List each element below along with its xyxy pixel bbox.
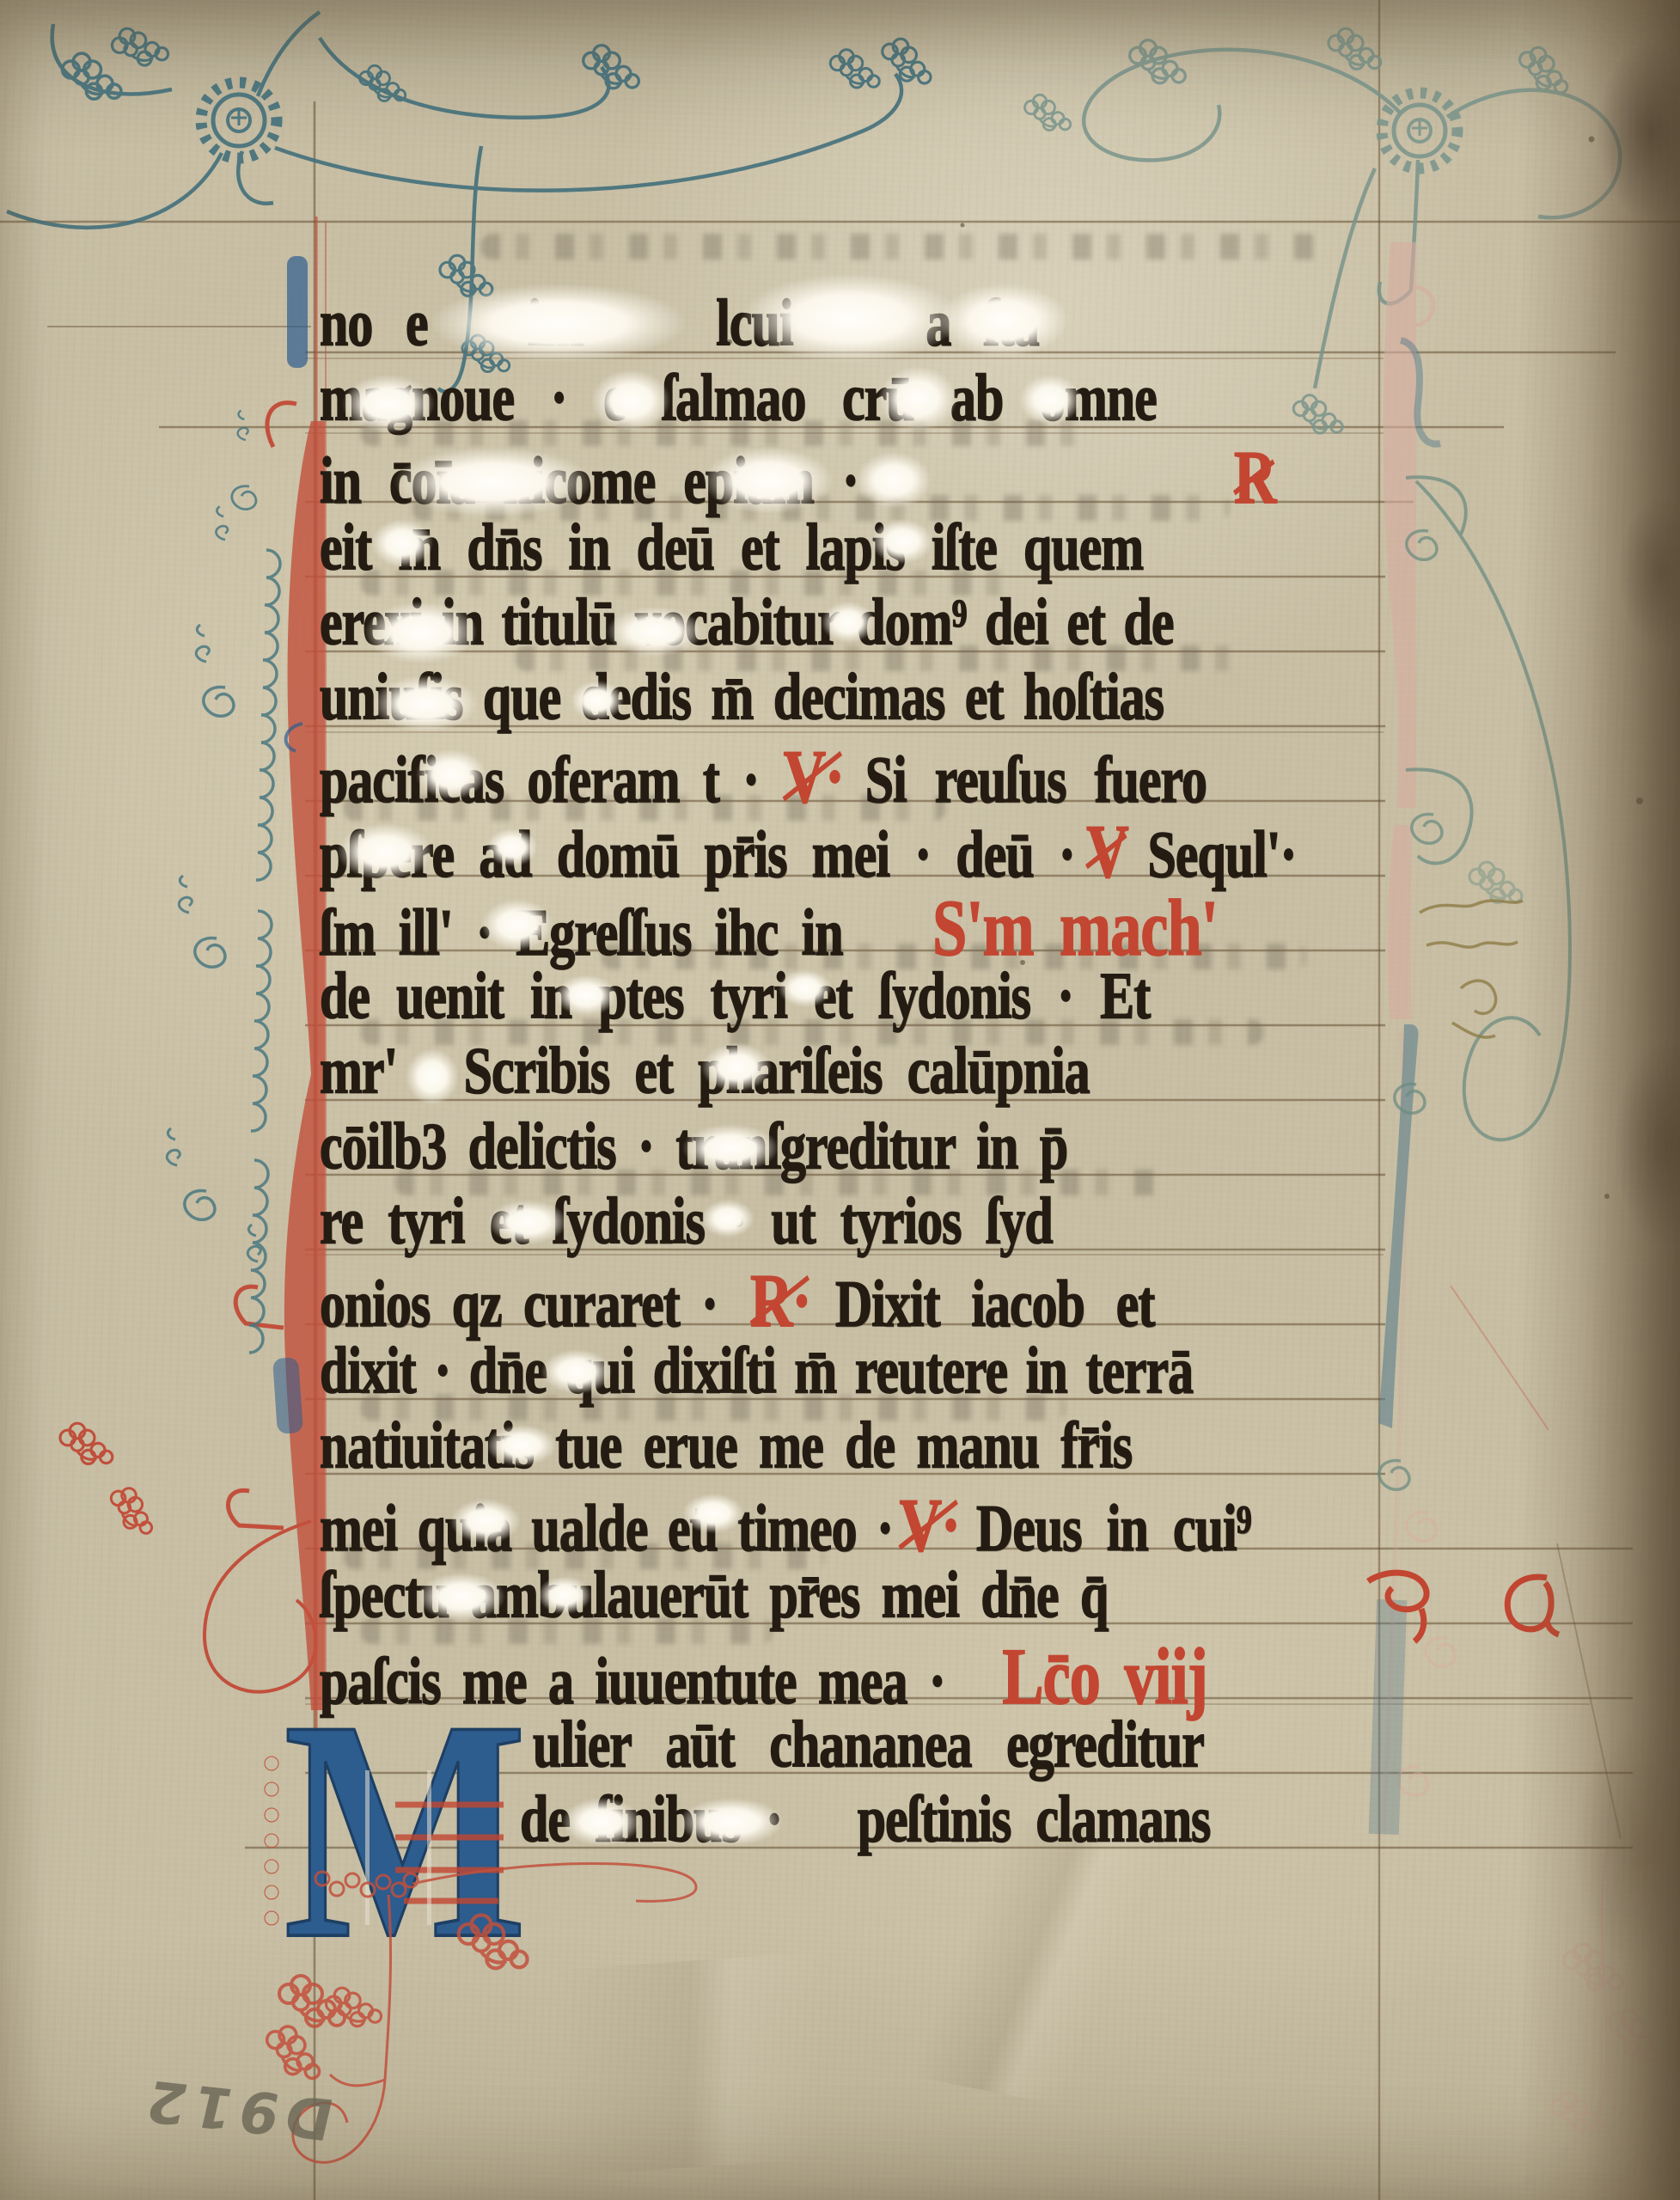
- text-run: mr' · Scribis et phariſeis calūpnia: [320, 1034, 1090, 1107]
- text-run: magnoue · e ſalmao crū ab omne: [320, 361, 1157, 434]
- text-run: eit m̄ dn̄s in deū et lapis iſte quem: [320, 510, 1143, 584]
- responsory-mark: R: [1234, 440, 1275, 516]
- manuscript-line: cōilb3 delictis · tranſgreditur in p̄: [320, 1114, 1067, 1180]
- manuscript-line: re tyri et ſydonis · ut tyrios ſyd: [320, 1189, 1053, 1255]
- manuscript-line: dixit · dn̄e qui dixiſti m̄ reutere in t…: [320, 1338, 1193, 1404]
- versicle-mark: V: [1086, 814, 1127, 889]
- manuscript-line: ulier aūt chananea egreditur: [533, 1712, 1204, 1778]
- text-run: uniuſis que dedis m̄ decimas et hoſtias: [320, 660, 1164, 733]
- text-run: mei quia ualde eū timeo ·: [320, 1492, 893, 1565]
- manuscript-line: no e im lcui a ſta: [320, 290, 1039, 357]
- manuscript-line: de uenit in ptes tyri et ſydonis · Et: [320, 963, 1150, 1030]
- text-block: no e im lcui a ſta magnoue · e ſalmao cr…: [0, 0, 1680, 2200]
- manuscript-line: in c̄oīa nicome epiam ·R: [320, 440, 1275, 516]
- manuscript-line: onios qz curaret ·R·Dixit iacob et: [320, 1263, 1154, 1339]
- versicle-mark: V·: [784, 739, 844, 815]
- manuscript-line: erexi in titulū vocabitur dom⁹ dei et de: [320, 590, 1173, 656]
- manuscript-line: eit m̄ dn̄s in deū et lapis iſte quem: [320, 515, 1143, 581]
- manuscript-line: paſcis me a iuuentute mea ·Lc̄o viij: [320, 1637, 1207, 1717]
- text-run: de finibus · peſtinis clamans: [520, 1782, 1210, 1855]
- manuscript-line: ſm ill' · Egreſſus ihc inS'm mach': [320, 889, 1218, 969]
- responsory-mark: R·: [750, 1263, 810, 1339]
- text-run: onios qz curaret ·: [320, 1268, 718, 1341]
- text-run: in c̄oīa nicome epiam ·: [320, 444, 858, 517]
- text-run: pſpere ad domū pr̄is mei · deū ·: [320, 818, 1075, 891]
- text-run: ſpectu ambulauerūt pr̄es mei dn̄e q̄: [320, 1558, 1108, 1631]
- manuscript-page: M: [0, 0, 1680, 2200]
- manuscript-line: ſpectu ambulauerūt pr̄es mei dn̄e q̄: [320, 1562, 1108, 1629]
- versicle-mark: V·: [900, 1488, 960, 1563]
- text-run: ulier aūt chananea egreditur: [533, 1708, 1204, 1781]
- manuscript-line: de finibus · peſtinis clamans: [520, 1787, 1210, 1853]
- manuscript-line: mei quia ualde eū timeo ·V·Deus in cui⁹: [320, 1488, 1251, 1563]
- text-run: re tyri et ſydonis · ut tyrios ſyd: [320, 1184, 1053, 1257]
- text-run: dixit · dn̄e qui dixiſti m̄ reutere in t…: [320, 1334, 1193, 1407]
- text-run: natiuitatis tue erue me de manu fr̄is: [320, 1409, 1132, 1482]
- text-run: erexi in titulū vocabitur dom⁹ dei et de: [320, 585, 1173, 658]
- manuscript-line: uniuſis que dedis m̄ decimas et hoſtias: [320, 664, 1164, 730]
- text-run: Deus in cui⁹: [976, 1492, 1251, 1565]
- manuscript-line: mr' · Scribis et phariſeis calūpnia: [320, 1038, 1090, 1104]
- text-run: Dixit iacob et: [835, 1268, 1154, 1341]
- text-run: Sequl'·: [1147, 818, 1296, 891]
- text-run: no e im lcui a ſta: [320, 286, 1039, 359]
- text-run: de uenit in ptes tyri et ſydonis · Et: [320, 959, 1150, 1032]
- manuscript-line: natiuitatis tue erue me de manu fr̄is: [320, 1413, 1132, 1479]
- manuscript-line: pſpere ad domū pr̄is mei · deū ·VSequl'·: [320, 814, 1296, 889]
- text-run: Si reuſus fuero: [865, 743, 1207, 816]
- manuscript-line: magnoue · e ſalmao crū ab omne: [320, 365, 1157, 431]
- text-run: pacificas oferam t ·: [320, 743, 759, 816]
- text-run: cōilb3 delictis · tranſgreditur in p̄: [320, 1109, 1067, 1182]
- manuscript-line: pacificas oferam t ·V·Si reuſus fuero: [320, 739, 1207, 815]
